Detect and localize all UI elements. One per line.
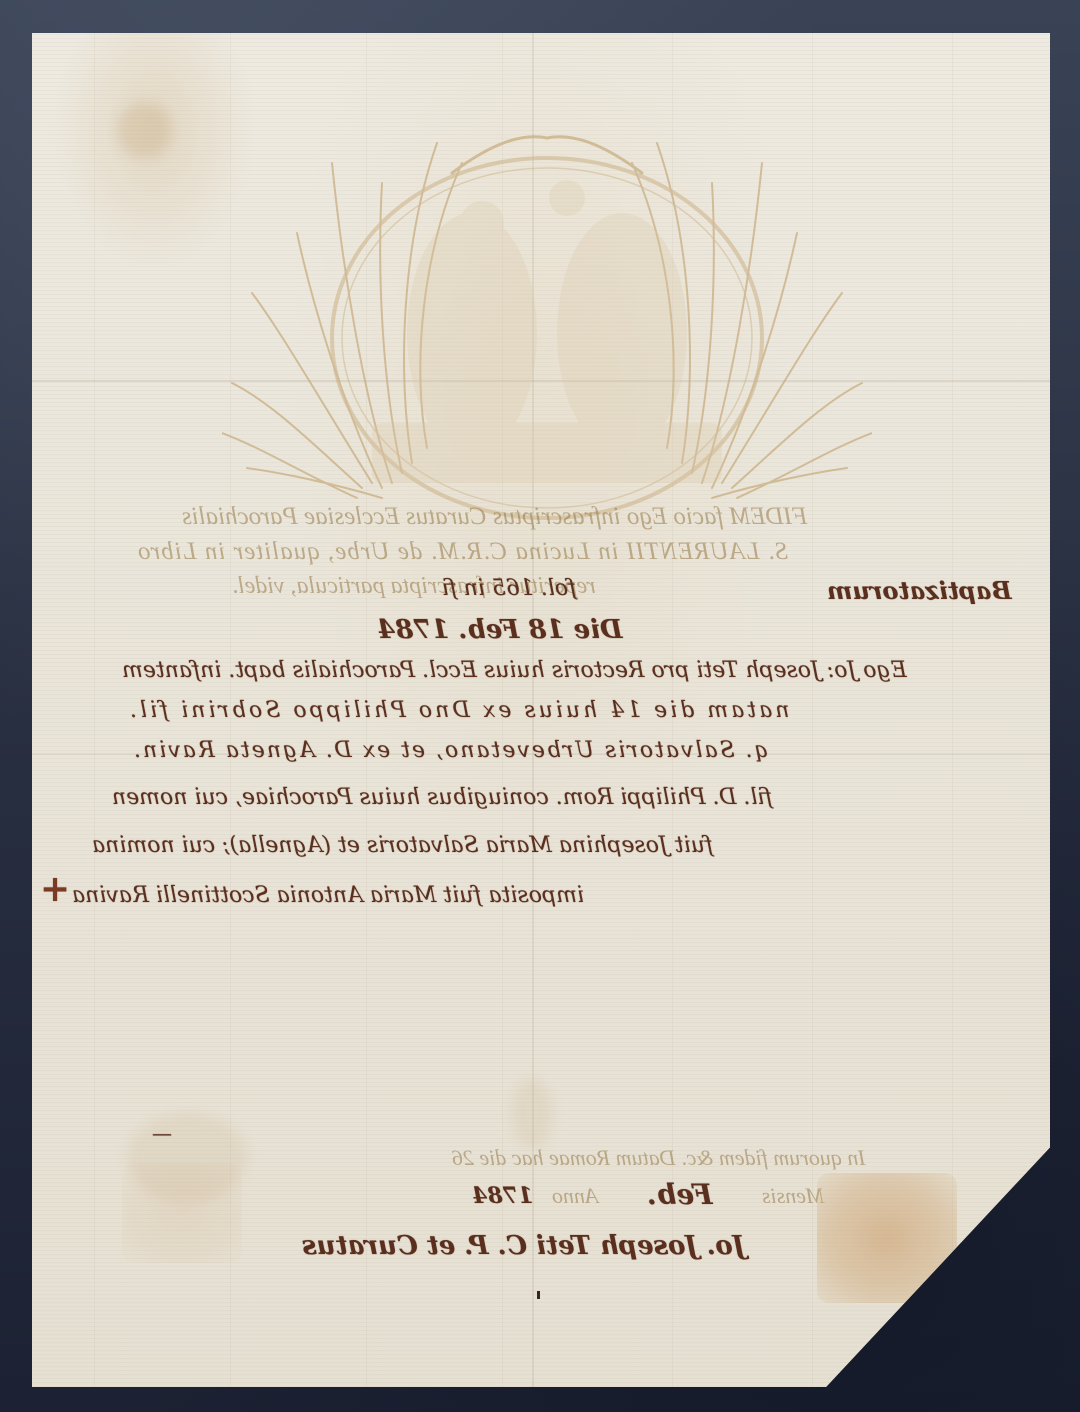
handwritten-text: + [40,868,70,910]
printed-text: In quorum fidem &c. Datum Romae hac die … [452,1145,866,1171]
handwritten-text: Feb. [647,1178,713,1211]
handwritten-register-name: Baptizatorum [827,576,1012,605]
printed-attestation-line-1: In quorum fidem &c. Datum Romae hac die … [452,1145,866,1171]
printed-text: S. LAURENTII in Lucina C.R.M. de Urbe, q… [137,538,788,566]
handwritten-line-6: imposita fuit Maria Antonia Scottinelli … [72,883,584,908]
handwritten-text: imposita fuit Maria Antonia Scottinelli … [72,883,584,908]
engraving-vignette-wreath [222,103,872,533]
chain-line [94,33,95,1387]
handwritten-signature: Jo. Joseph Teti C. P. et Curatus [302,1231,745,1261]
handwritten-month: Feb. [647,1178,713,1211]
document-paper: FIDEM facio Ego infrascriptus Curatus Ec… [32,33,1050,1387]
handwritten-line-4: fil. D. Philippi Rom. coniugibus huius P… [112,785,772,810]
handwritten-text: fol. 165 in fi [442,576,576,601]
seal-residue-stain [817,1173,957,1303]
printed-year-label: Anno [552,1183,598,1209]
handwritten-text: q. Salvatoris Urbevetano, et ex D. Agnet… [132,738,769,763]
foxing-spot [117,103,172,158]
margin-cross-mark: + [40,868,70,910]
foxing-spot [512,1078,552,1148]
handwritten-line-2: natam die 14 huius ex Dno Philippo Sobri… [127,698,789,723]
printed-text: Anno [552,1183,598,1209]
handwritten-day: — [152,1121,172,1145]
handwritten-line-3: q. Salvatoris Urbevetano, et ex D. Agnet… [132,738,769,763]
ink-mark [537,1291,540,1299]
handwritten-text: Ego Jo: Joseph Teti pro Rectoris huius E… [122,658,907,683]
printed-header-line-2: S. LAURENTII in Lucina C.R.M. de Urbe, q… [137,538,788,566]
faint-stain [122,1163,242,1263]
handwritten-text: 1784 [472,1183,533,1209]
printed-text: FIDEM facio Ego infrascriptus Curatus Ec… [182,503,807,531]
printed-text: Mensis [762,1183,824,1209]
handwritten-text: fil. D. Philippi Rom. coniugibus huius P… [112,785,772,810]
handwritten-text: natam die 14 huius ex Dno Philippo Sobri… [127,698,789,723]
printed-header-line-1: FIDEM facio Ego infrascriptus Curatus Ec… [182,503,807,531]
handwritten-date: Die 18 Feb. 1784 [377,615,622,645]
handwritten-folio: fol. 165 in fi [442,576,576,601]
handwritten-line-5: fuit Josephina Maria Salvatoris et (Agne… [92,833,713,858]
handwritten-text: Baptizatorum [827,576,1012,605]
handwritten-text: Jo. Joseph Teti C. P. et Curatus [302,1231,745,1261]
handwritten-year: 1784 [472,1183,533,1209]
printed-attestation-line-2: Mensis [762,1183,824,1209]
handwritten-text: Die 18 Feb. 1784 [377,615,622,645]
handwritten-text: fuit Josephina Maria Salvatoris et (Agne… [92,833,713,858]
handwritten-line-1: Ego Jo: Joseph Teti pro Rectoris huius E… [122,658,907,683]
handwritten-text: — [152,1121,172,1145]
